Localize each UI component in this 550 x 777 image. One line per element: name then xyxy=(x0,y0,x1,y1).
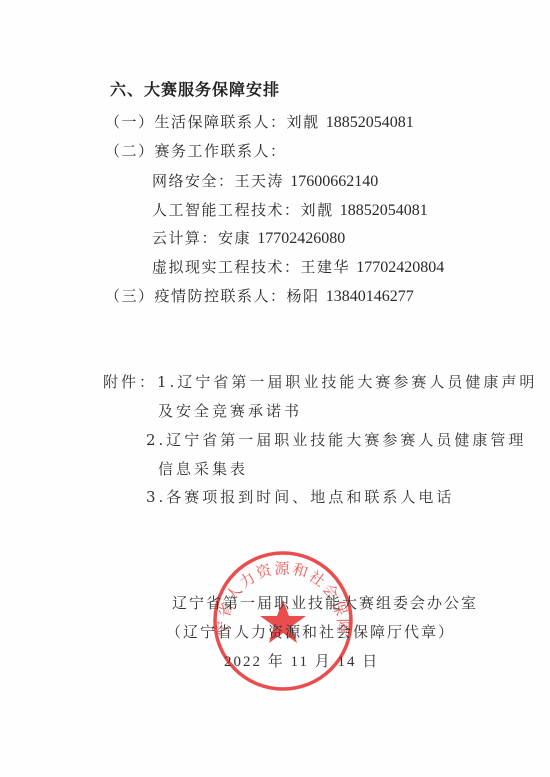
official-seal-icon: 辽宁省人力资源和社会保障厅 xyxy=(210,548,356,694)
contact-phone: 17702426080 xyxy=(257,230,345,247)
section-title: 六、大赛服务保障安排 xyxy=(110,80,280,100)
contact-phone: 13840146277 xyxy=(326,288,414,305)
contact-line-cloud: 云计算：安康 17702426080 xyxy=(152,228,345,249)
contact-line-epidemic: （三）疫情防控联系人：杨阳 13840146277 xyxy=(105,286,414,307)
attachment-prefix: 附件： xyxy=(103,373,157,391)
attachment-3-line1: 3.各赛项报到时间、地点和联系人电话 xyxy=(146,487,454,507)
contact-label: （三）疫情防控联系人：杨阳 xyxy=(105,287,320,305)
contact-line-life: （一）生活保障联系人：刘靓 18852054081 xyxy=(105,112,414,133)
contact-line-network-security: 网络安全：王天涛 17600662140 xyxy=(152,171,378,192)
attachment-1-line2: 及安全竞赛承诺书 xyxy=(158,401,302,421)
attachment-2-line2: 信息采集表 xyxy=(158,459,248,479)
attachment-2-line1: 2.辽宁省第一届职业技能大赛参赛人员健康管理 xyxy=(146,430,526,450)
contact-phone: 18852054081 xyxy=(326,114,414,131)
contact-label: （一）生活保障联系人：刘靓 xyxy=(105,113,320,131)
attachment-1-line1: 附件：1.辽宁省第一届职业技能大赛参赛人员健康声明 xyxy=(103,372,537,392)
contact-label: 云计算：安康 xyxy=(152,229,251,247)
contact-line-affairs: （二）赛务工作联系人： xyxy=(105,141,287,161)
contact-phone: 17600662140 xyxy=(290,173,378,190)
signature-stamp-note: （辽宁省人力资源和社会保障厅代章） xyxy=(166,622,455,642)
contact-phone: 18852054081 xyxy=(340,202,428,219)
contact-line-vr: 虚拟现实工程技术：王建华 17702420804 xyxy=(152,257,444,278)
signature-org: 辽宁省第一届职业技能大赛组委会办公室 xyxy=(172,593,478,613)
contact-label: 网络安全：王天涛 xyxy=(152,172,284,190)
contact-phone: 17702420804 xyxy=(356,259,444,276)
contact-label: （二）赛务工作联系人： xyxy=(105,142,287,160)
document-page: 六、大赛服务保障安排 （一）生活保障联系人：刘靓 18852054081 （二）… xyxy=(0,0,550,777)
contact-line-ai: 人工智能工程技术：刘靓 18852054081 xyxy=(152,200,428,221)
contact-label: 人工智能工程技术：刘靓 xyxy=(152,201,334,219)
attachment-title: 1.辽宁省第一届职业技能大赛参赛人员健康声明 xyxy=(157,373,537,391)
contact-label: 虚拟现实工程技术：王建华 xyxy=(152,258,350,276)
signature-date: 2022 年 11 月 14 日 xyxy=(224,652,379,672)
